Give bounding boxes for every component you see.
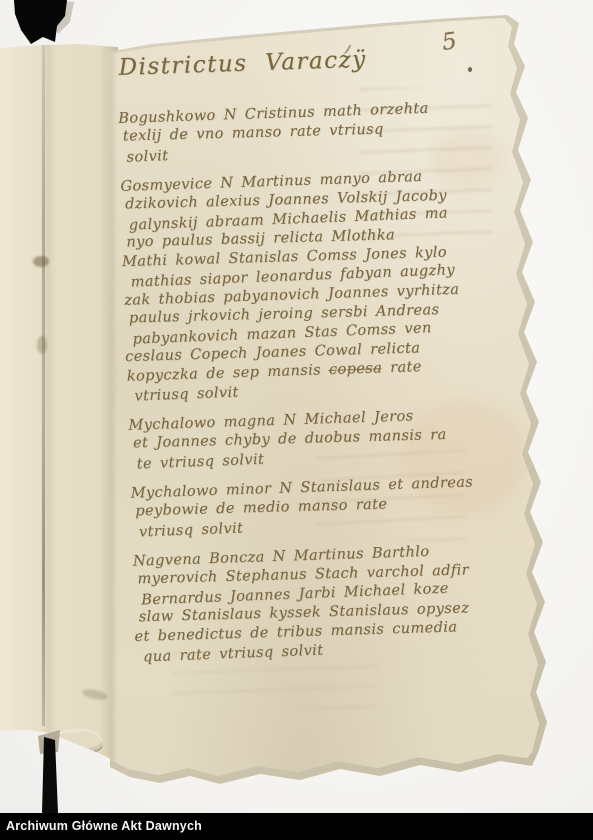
manuscript-paragraph: Gosmyevice N Martinus manyo abraadzikovi…: [118, 165, 525, 406]
manuscript-page: 5 Districtus Varaczÿ Bogushkowo N Cristi…: [102, 10, 550, 792]
manuscript-text: Districtus Varaczÿ Bogushkowo N Cristinu…: [114, 37, 535, 678]
footer-bar: Archiwum Główne Akt Dawnych: [0, 813, 593, 840]
page-paper: 5 Districtus Varaczÿ Bogushkowo N Cristi…: [102, 10, 550, 792]
crease-spot: [33, 256, 49, 267]
manuscript-paragraph: Mychalowo minor N Stanislaus et andreasp…: [128, 471, 530, 541]
manuscript-paragraph: Bogushkowo N Cristinus math orzehtatexli…: [116, 97, 518, 167]
facing-page: [0, 0, 118, 770]
archive-scan: 5 Districtus Varaczÿ Bogushkowo N Cristi…: [0, 0, 593, 840]
manuscript-paragraph: Nagvena Boncza N Martinus Barthlomyerovi…: [131, 539, 535, 666]
crease-spot: [37, 336, 47, 354]
gutter-crease: [42, 2, 45, 726]
manuscript-paragraph: Mychalowo magna N Michael Jeroset Joanne…: [126, 404, 528, 474]
archive-caption: Archiwum Główne Akt Dawnych: [0, 813, 593, 839]
